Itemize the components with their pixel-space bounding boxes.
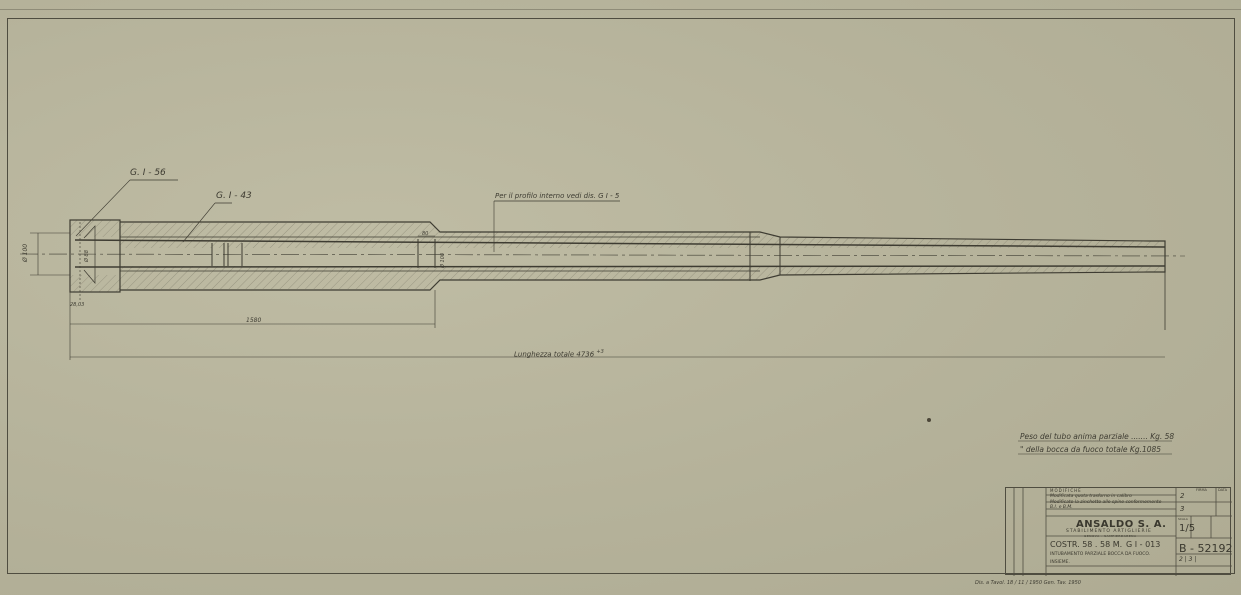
- weight-liner: Peso del tubo anima parziale ....... Kg.…: [1020, 432, 1174, 441]
- total-length-tolerance: +3: [596, 349, 603, 355]
- description-line-2: INSIEME.: [1050, 560, 1070, 565]
- total-length-label: Lunghezza totale 4736 +3: [514, 349, 604, 358]
- revision-mark-3: 3: [1180, 505, 1184, 513]
- callout-breech-ref: G. I - 56: [130, 168, 166, 178]
- dimension-offset-left: 28,03: [70, 302, 84, 308]
- callout-liner-ref: G. I - 43: [216, 191, 252, 201]
- scale-value: 1/5: [1179, 523, 1195, 534]
- firma-header: FIRMA: [1196, 488, 1207, 492]
- group-code: G I - 013: [1126, 540, 1160, 549]
- company-city: GENOVA - SAMPIERDARENA: [1084, 534, 1137, 538]
- construction-code: COSTR. 58 . 58 M.: [1050, 540, 1122, 549]
- drawing-number: B - 52192: [1179, 542, 1233, 555]
- dimension-80: 80: [422, 231, 428, 237]
- scale-label: SCALA: [1178, 517, 1188, 521]
- modifica-3: B.I. e B.M.: [1050, 505, 1073, 510]
- internal-profile-note: Per il profilo interno vedi dis. G I - 5: [495, 192, 619, 200]
- title-block: MODIFICHE Modificata quota trasforno in …: [1005, 487, 1231, 575]
- revision-mark-2: 2: [1180, 492, 1184, 500]
- dimension-diameter-bore: Ø 88: [84, 250, 90, 262]
- total-length-value: Lunghezza totale 4736: [514, 350, 596, 358]
- weight-total: " della bocca da fuoco totale Kg.1085: [1020, 445, 1161, 454]
- modifica-1: Modificata quota trasforno in calibro: [1050, 494, 1132, 499]
- modifiche-header: MODIFICHE: [1050, 488, 1082, 493]
- dimension-diameter-left: Ø 100: [22, 244, 29, 262]
- dimension-diameter-mid: Ø 100: [440, 253, 446, 268]
- dimension-1580: 1580: [246, 317, 261, 324]
- description-line-1: INTUBAMENTO PARZIALE BOCCA DA FUOCO.: [1050, 552, 1150, 557]
- data-header: DATA: [1218, 488, 1227, 492]
- footer-handwriting: Dis. a Tavol. 18 / 11 / 1950 Gen. Tav. 1…: [975, 580, 1081, 586]
- sheet-marks: 2 | 3 |: [1179, 556, 1196, 563]
